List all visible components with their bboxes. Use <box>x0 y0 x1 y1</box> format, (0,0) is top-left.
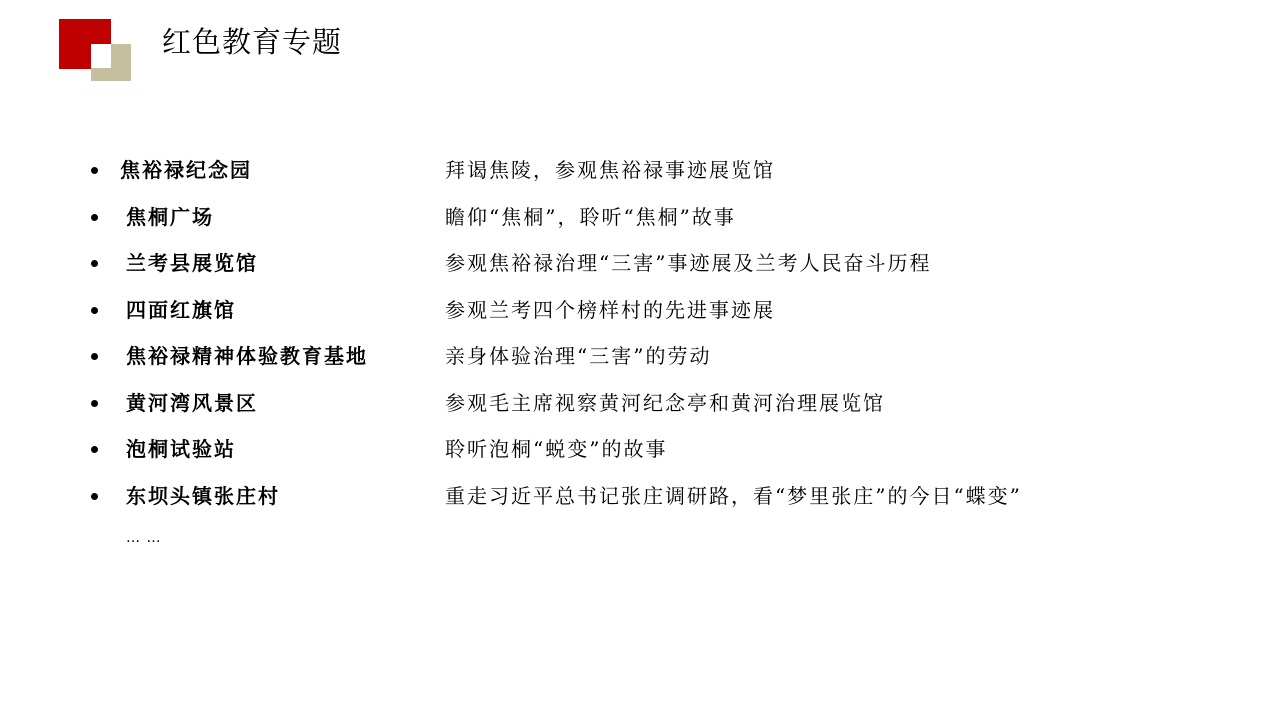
site-name: 焦裕禄精神体验教育基地 <box>126 338 368 374</box>
more-indicator: … … <box>126 528 161 548</box>
site-name: 焦裕禄纪念园 <box>120 152 252 188</box>
bullet-icon <box>91 260 98 267</box>
site-name: 黄河湾风景区 <box>126 385 258 421</box>
logo-red-block-bottom <box>59 44 91 69</box>
site-name: 四面红旗馆 <box>126 292 236 328</box>
logo-cutout <box>91 44 111 68</box>
bullet-icon <box>91 307 98 314</box>
site-description: 亲身体验治理“三害”的劳动 <box>445 338 711 374</box>
site-description: 拜谒焦陵，参观焦裕禄事迹展览馆 <box>445 152 775 188</box>
site-description: 重走习近平总书记张庄调研路，看“梦里张庄”的今日“蝶变” <box>445 478 1022 514</box>
site-description: 参观兰考四个榜样村的先进事迹展 <box>445 292 775 328</box>
logo-red-block-top <box>59 19 111 44</box>
site-name: 东坝头镇张庄村 <box>126 478 280 514</box>
bullet-icon <box>91 214 98 221</box>
site-name: 泡桐试验站 <box>126 431 236 467</box>
list-item: 泡桐试验站 聆听泡桐“蜕变”的故事 <box>88 431 1188 478</box>
logo <box>59 19 132 82</box>
bullet-icon <box>91 446 98 453</box>
site-name: 焦桐广场 <box>126 199 214 235</box>
list-item: 东坝头镇张庄村 重走习近平总书记张庄调研路，看“梦里张庄”的今日“蝶变” <box>88 478 1188 525</box>
list-item: 焦裕禄精神体验教育基地 亲身体验治理“三害”的劳动 <box>88 338 1188 385</box>
page-title: 红色教育专题 <box>162 22 342 62</box>
bullet-icon <box>91 167 98 174</box>
bullet-icon <box>91 493 98 500</box>
site-name: 兰考县展览馆 <box>126 245 258 281</box>
bullet-icon <box>91 400 98 407</box>
list-item: 焦裕禄纪念园 拜谒焦陵，参观焦裕禄事迹展览馆 <box>88 152 1188 199</box>
list-item: 黄河湾风景区 参观毛主席视察黄河纪念亭和黄河治理展览馆 <box>88 385 1188 432</box>
site-description: 聆听泡桐“蜕变”的故事 <box>445 431 667 467</box>
bullet-icon <box>91 353 98 360</box>
site-description: 参观毛主席视察黄河纪念亭和黄河治理展览馆 <box>445 385 885 421</box>
site-description: 瞻仰“焦桐”，聆听“焦桐”故事 <box>445 199 736 235</box>
list-item: 兰考县展览馆 参观焦裕禄治理“三害”事迹展及兰考人民奋斗历程 <box>88 245 1188 292</box>
list-item: 四面红旗馆 参观兰考四个榜样村的先进事迹展 <box>88 292 1188 339</box>
site-description: 参观焦裕禄治理“三害”事迹展及兰考人民奋斗历程 <box>445 245 931 281</box>
site-list: 焦裕禄纪念园 拜谒焦陵，参观焦裕禄事迹展览馆 焦桐广场 瞻仰“焦桐”，聆听“焦桐… <box>88 152 1188 524</box>
list-item: 焦桐广场 瞻仰“焦桐”，聆听“焦桐”故事 <box>88 199 1188 246</box>
